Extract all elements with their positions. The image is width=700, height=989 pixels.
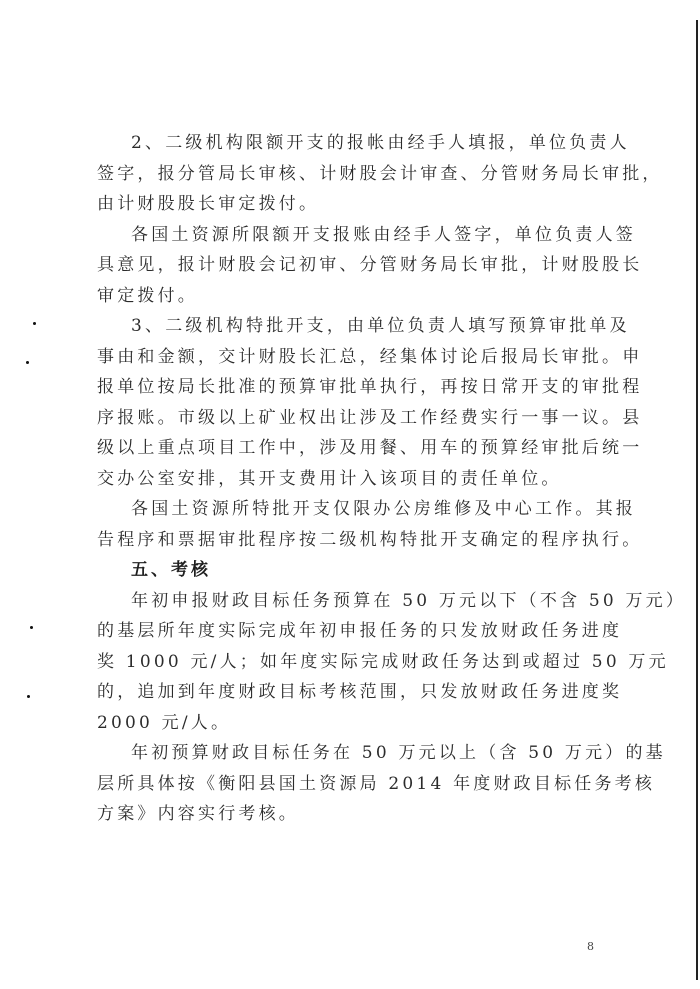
paragraph-land-office-special: 各国土资源所特批开支仅限办公房维修及中心工作。其报 告程序和票据审批程序按二级机…	[97, 494, 597, 555]
text-line: 告程序和票据审批程序按二级机构特批开支确定的程序执行。	[97, 525, 597, 556]
text-line: 级以上重点项目工作中，涉及用餐、用车的预算经审批后统一	[97, 433, 597, 464]
text-line: 年初申报财政目标任务预算在 50 万元以下（不含 50 万元）	[97, 586, 597, 617]
text-line: 审定拨付。	[97, 281, 597, 312]
text-line: 报单位按局长批准的预算审批单执行，再按日常开支的审批程	[97, 372, 597, 403]
text-line: 由计财股股长审定拨付。	[97, 189, 597, 220]
text-line: 各国土资源所限额开支报账由经手人签字，单位负责人签	[97, 220, 597, 251]
section-heading: 五、考核	[97, 555, 597, 586]
text-line: 各国土资源所特批开支仅限办公房维修及中心工作。其报	[97, 494, 597, 525]
scan-artifact-dot	[26, 361, 29, 364]
scan-artifact-dot	[33, 322, 36, 325]
text-line: 2000 元/人。	[97, 708, 597, 739]
scan-artifact-dot	[27, 695, 30, 698]
document-page: 2、二级机构限额开支的报帐由经手人填报，单位负责人 签字，报分管局长审核、计财股…	[0, 0, 700, 989]
paragraph-above-50w: 年初预算财政目标任务在 50 万元以上（含 50 万元）的基 层所具体按《衡阳县…	[97, 738, 597, 830]
scan-artifact-dot	[30, 626, 33, 629]
text-line: 2、二级机构限额开支的报帐由经手人填报，单位负责人	[97, 128, 597, 159]
text-line: 方案》内容实行考核。	[97, 799, 597, 830]
scan-page-edge	[696, 20, 698, 980]
text-line: 3、二级机构特批开支，由单位负责人填写预算审批单及	[97, 311, 597, 342]
page-number: 8	[587, 940, 594, 953]
text-line: 事由和金额，交计财股长汇总，经集体讨论后报局长审批。申	[97, 342, 597, 373]
text-line: 奖 1000 元/人；如年度实际完成财政任务达到或超过 50 万元	[97, 647, 597, 678]
text-line: 具意见，报计财股会记初审、分管财务局长审批，计财股股长	[97, 250, 597, 281]
paragraph-land-office-limit: 各国土资源所限额开支报账由经手人签字，单位负责人签 具意见，报计财股会记初审、分…	[97, 220, 597, 312]
text-line: 层所具体按《衡阳县国土资源局 2014 年度财政目标任务考核	[97, 769, 597, 800]
text-line: 序报账。市级以上矿业权出让涉及工作经费实行一事一议。县	[97, 403, 597, 434]
text-line: 的基层所年度实际完成年初申报任务的只发放财政任务进度	[97, 616, 597, 647]
text-line: 年初预算财政目标任务在 50 万元以上（含 50 万元）的基	[97, 738, 597, 769]
document-body: 2、二级机构限额开支的报帐由经手人填报，单位负责人 签字，报分管局长审核、计财股…	[97, 128, 597, 830]
text-line: 交办公室安排，其开支费用计入该项目的责任单位。	[97, 464, 597, 495]
section-heading-assessment: 五、考核	[97, 555, 597, 586]
text-line: 签字，报分管局长审核、计财股会计审查、分管财务局长审批，	[97, 159, 597, 190]
paragraph-below-50w: 年初申报财政目标任务预算在 50 万元以下（不含 50 万元） 的基层所年度实际…	[97, 586, 597, 739]
paragraph-item-2: 2、二级机构限额开支的报帐由经手人填报，单位负责人 签字，报分管局长审核、计财股…	[97, 128, 597, 220]
paragraph-item-3: 3、二级机构特批开支，由单位负责人填写预算审批单及 事由和金额，交计财股长汇总，…	[97, 311, 597, 494]
text-line: 的，追加到年度财政目标考核范围，只发放财政任务进度奖	[97, 677, 597, 708]
